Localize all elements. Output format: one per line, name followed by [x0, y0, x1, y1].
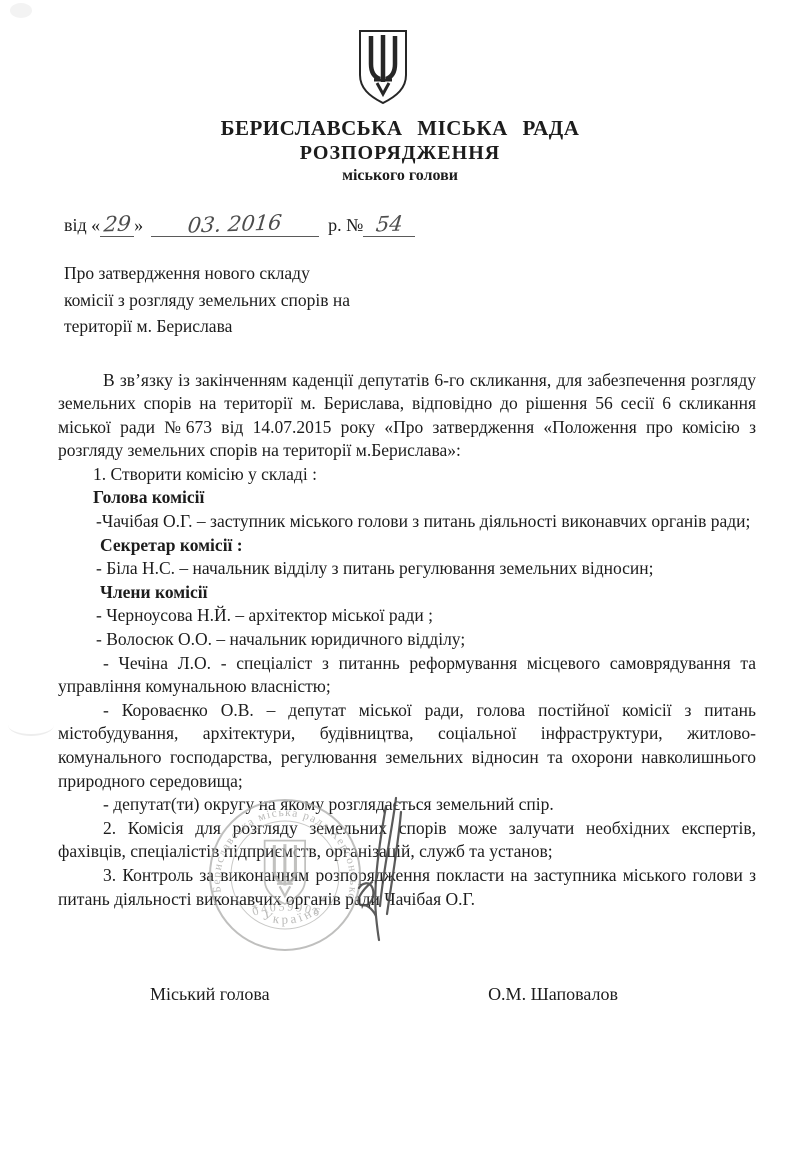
stamp-trident-icon — [265, 841, 305, 904]
document-type-title: РОЗПОРЯДЖЕННЯ — [0, 142, 800, 165]
date-prefix-label: від « — [64, 215, 100, 236]
handwritten-doc-number: 54 — [375, 212, 404, 237]
handwritten-signature — [330, 788, 425, 948]
date-number-line: від «29»03. 2016 р. №54 — [64, 212, 800, 237]
commission-member: - Чечіна Л.О. - спеціаліст з питаннь реф… — [58, 652, 756, 699]
ukraine-trident-emblem-icon — [357, 28, 409, 106]
subject-line: комісії з розгляду земельних спорів на — [64, 287, 434, 314]
subject-line: Про затвердження нового складу — [64, 260, 434, 287]
signer-name: О.М. Шаповалов — [488, 984, 618, 1005]
commission-member: - Короваєнко О.В. – депутат міської ради… — [58, 699, 756, 793]
handwritten-day-field: 29 — [100, 212, 134, 237]
body-paragraph-intro: В зв’язку із закінченням каденції депута… — [58, 369, 756, 463]
number-label: р. № — [319, 215, 363, 236]
commission-member: - Волосюк О.О. – начальник юридичного ві… — [96, 628, 756, 652]
date-close-quote: » — [134, 215, 143, 236]
commission-head-member: -Чачібая О.Г. – заступник міського голов… — [96, 510, 756, 534]
commission-member: - Черноусова Н.Й. – архітектор міської р… — [96, 604, 756, 628]
subject-line: території м. Берислава — [64, 313, 434, 340]
scanned-document-page: БЕРИСЛАВСЬКА МІСЬКА РАДА РОЗПОРЯДЖЕННЯ м… — [0, 0, 800, 1161]
scan-artifact — [10, 3, 32, 18]
handwritten-month-year: 03. 2016 — [187, 210, 283, 237]
commission-secretary-member: - Біла Н.С. – начальник відділу з питань… — [96, 557, 756, 581]
body-item-1: 1. Створити комісію у складі : — [93, 463, 756, 487]
document-author-subtitle: міського голови — [0, 167, 800, 185]
document-header: БЕРИСЛАВСЬКА МІСЬКА РАДА РОЗПОРЯДЖЕННЯ м… — [0, 0, 800, 185]
handwritten-date-field: 03. 2016 — [151, 212, 319, 237]
scan-artifact — [8, 714, 54, 736]
commission-secretary-heading: Секретар комісії : — [100, 534, 756, 558]
commission-head-heading: Голова комісії — [93, 486, 756, 510]
signature-block: Міський голова О.М. Шаповалов — [0, 984, 800, 1005]
org-name: БЕРИСЛАВСЬКА МІСЬКА РАДА — [0, 116, 800, 141]
handwritten-number-field: 54 — [363, 212, 415, 237]
document-subject: Про затвердження нового складу комісії з… — [64, 260, 434, 340]
commission-members-heading: Члени комісії — [100, 581, 756, 605]
handwritten-day: 29 — [102, 212, 131, 237]
signer-position: Міський голова — [150, 984, 270, 1005]
